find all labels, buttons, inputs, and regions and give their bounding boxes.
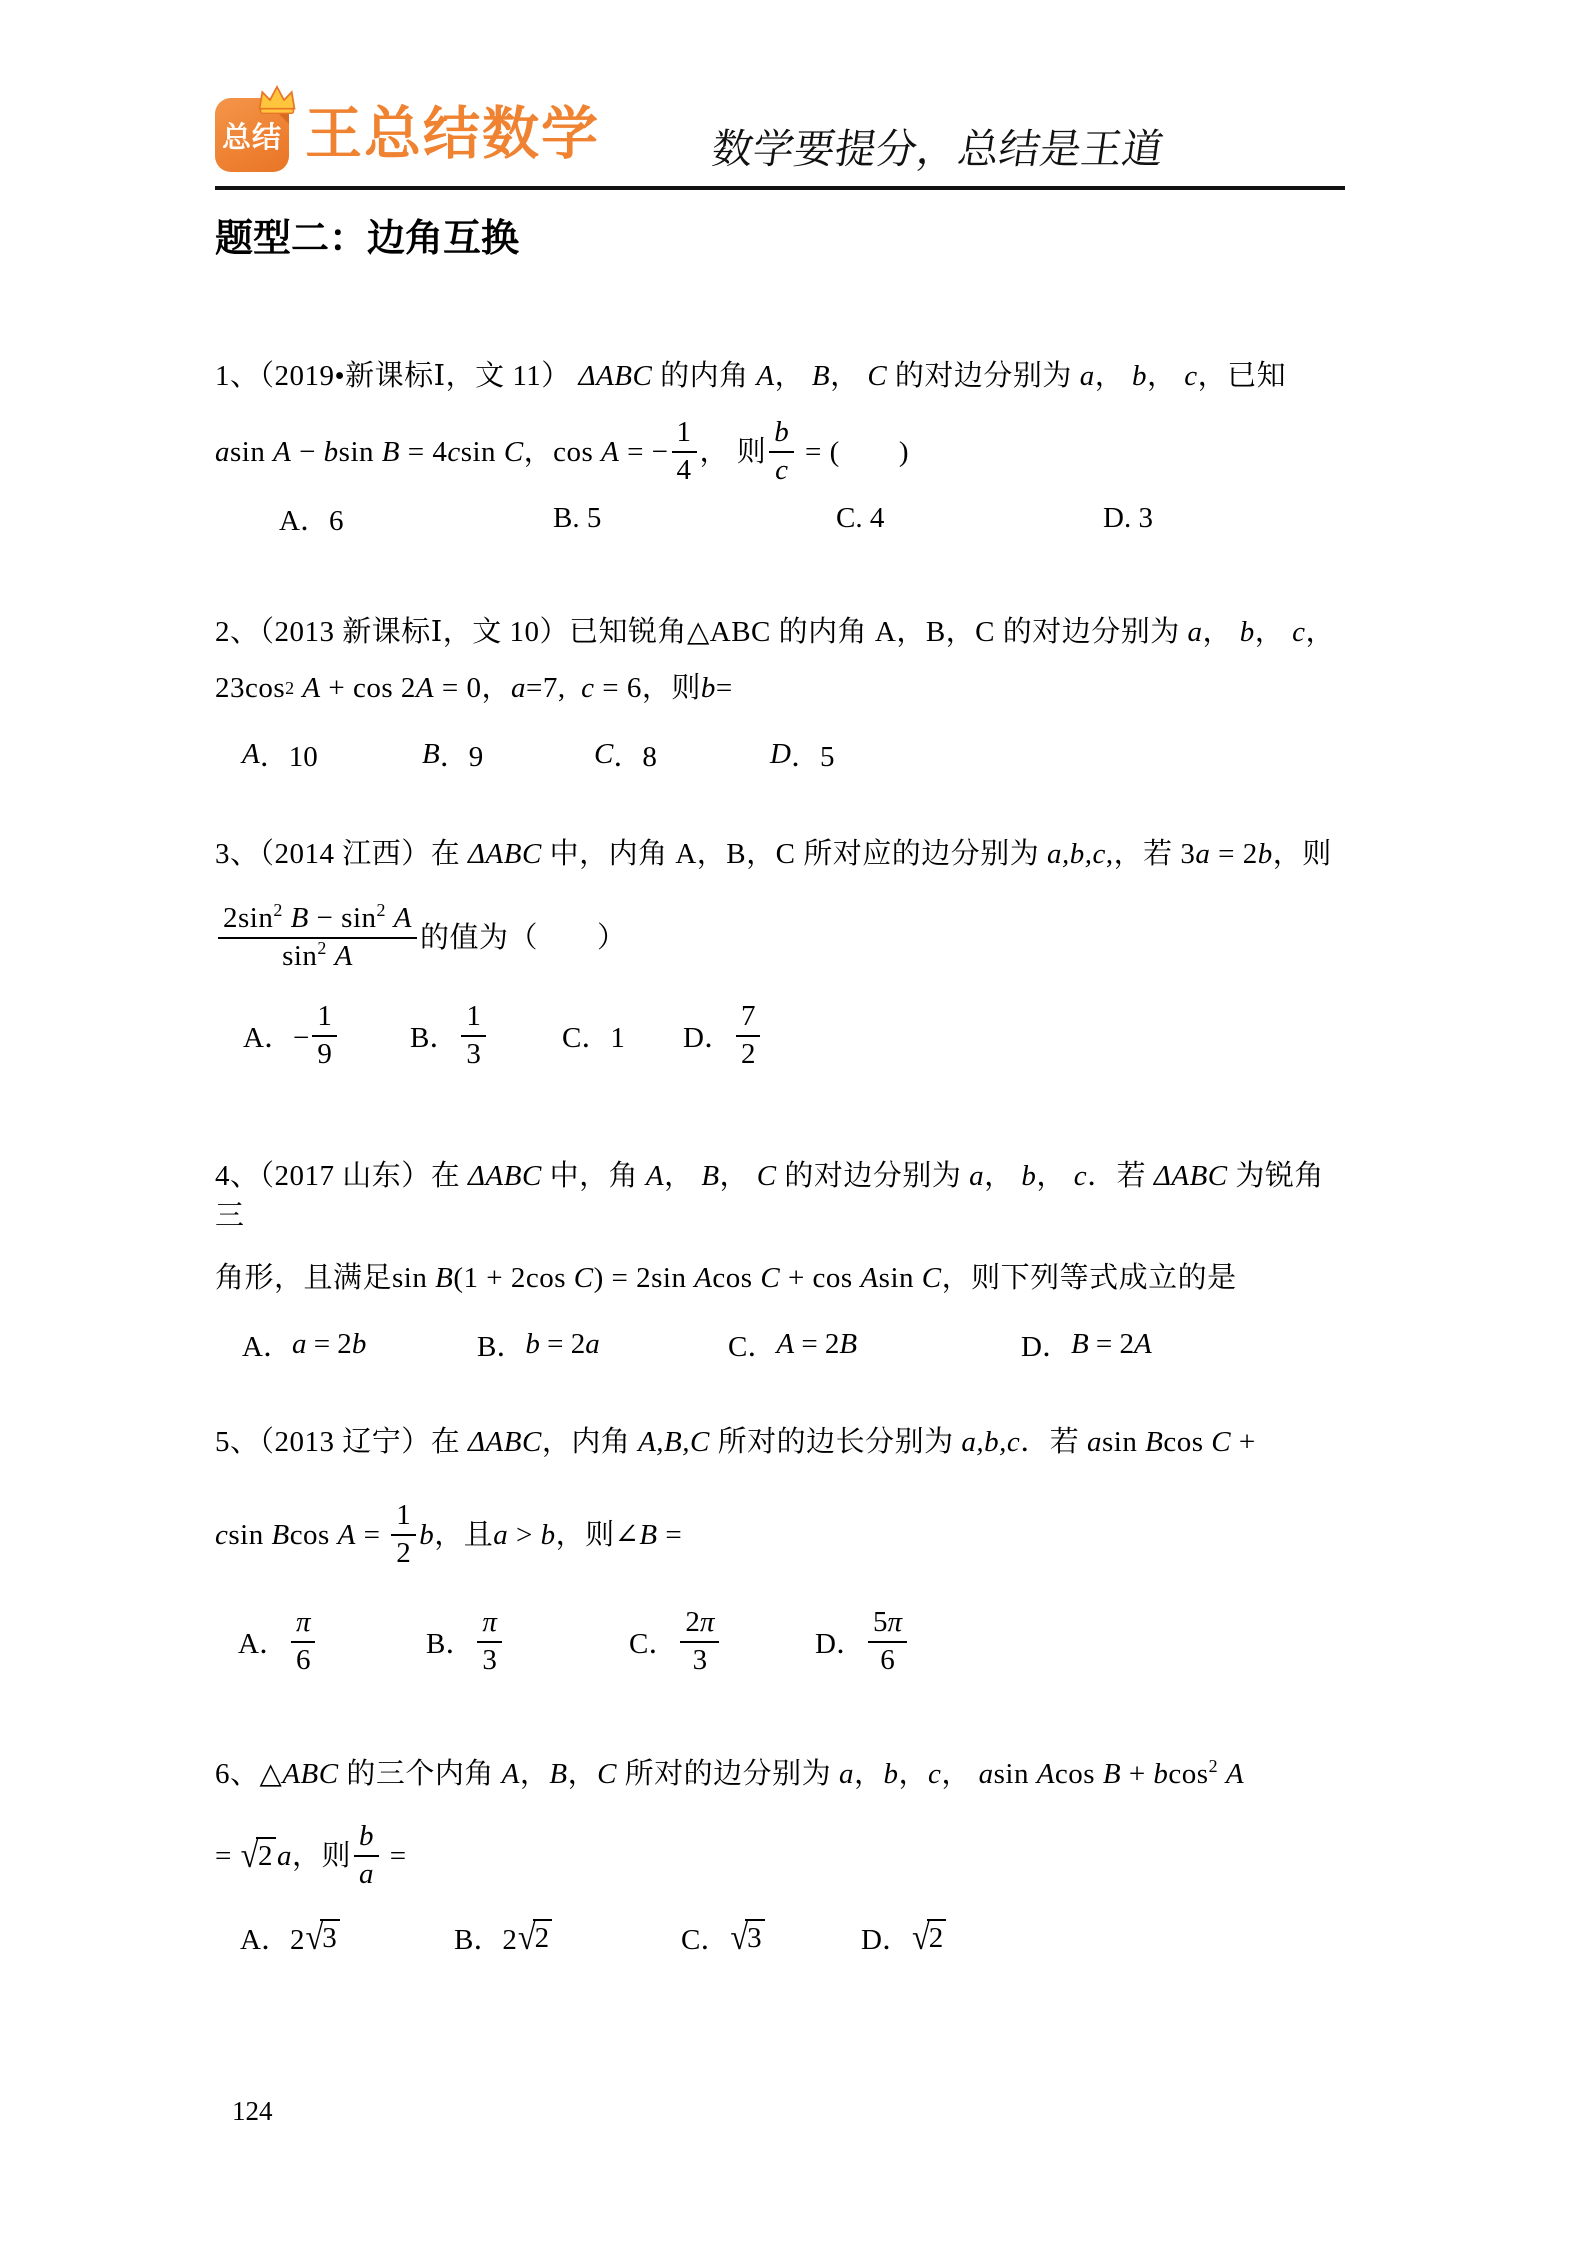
question-4: 4、（2017 山东）在 ΔABC 中，角 A， B， C 的对边分别为 a， … bbox=[215, 1156, 1345, 1366]
q6-line-1: 6、△ABC 的三个内角 A，B，C 所对的边分别为 a，b，c， asin A… bbox=[215, 1754, 1345, 1794]
q2-options: A．10 B．9 C．8 D．5 bbox=[215, 734, 1345, 776]
radical: √2 bbox=[518, 1919, 552, 1956]
text-run: ΔABC bbox=[579, 360, 653, 392]
text-run: 的三个内角 bbox=[339, 1758, 502, 1790]
text-run: B bbox=[839, 1328, 857, 1361]
text-run bbox=[1218, 1758, 1226, 1790]
text-run: sin bbox=[461, 432, 504, 472]
text-run: = 6 bbox=[594, 668, 641, 708]
brand-name: 王总结数学 bbox=[305, 106, 600, 165]
text-run: = bbox=[382, 1836, 407, 1876]
text-run: b bbox=[1132, 360, 1147, 392]
text-run: a bbox=[493, 1515, 508, 1555]
text-run: ， bbox=[1203, 616, 1240, 648]
text-run: C. 4 bbox=[836, 502, 884, 535]
text-run: C． bbox=[728, 1324, 776, 1365]
text-run: B bbox=[1071, 1328, 1089, 1361]
text-run: = 4 bbox=[400, 432, 447, 472]
text-run: b bbox=[1153, 1758, 1168, 1790]
text-run: 9 bbox=[317, 1038, 332, 1070]
question-2: 2、（2013 新课标Ⅰ，文 10）已知锐角△ABC 的内角 A，B，C 的对边… bbox=[215, 612, 1345, 776]
fraction: 13 bbox=[461, 1000, 486, 1071]
text-run: ∠ bbox=[615, 1515, 640, 1555]
fraction: ba bbox=[354, 1820, 379, 1891]
q5-option-d: D．5π6 bbox=[815, 1592, 910, 1692]
text-run: 2 bbox=[929, 1922, 944, 1954]
text-run: ， bbox=[1036, 1160, 1073, 1192]
q5-line-1: 5、（2013 辽宁）在 ΔABC，内角 A,B,C 所对的边长分别为 a,b,… bbox=[215, 1422, 1345, 1462]
text-run: a bbox=[1087, 1426, 1102, 1458]
text-run: cos bbox=[1163, 1426, 1211, 1458]
fraction: 72 bbox=[736, 1000, 761, 1071]
text-run: b bbox=[1258, 838, 1273, 870]
text-run: ， bbox=[854, 1758, 884, 1790]
text-run: 3、（2014 江西）在 bbox=[215, 838, 468, 870]
radical: √2 bbox=[912, 1919, 946, 1956]
text-run: b bbox=[1240, 616, 1255, 648]
q6-option-a: A．2√3 bbox=[240, 1910, 341, 1966]
q5-option-b: B．π3 bbox=[426, 1592, 505, 1692]
text-run: a bbox=[839, 1758, 854, 1790]
text-run: c bbox=[1292, 616, 1305, 648]
q4-option-a: A．a = 2b bbox=[242, 1324, 366, 1366]
q1-option-c: C. 4 bbox=[836, 498, 884, 540]
text-run: c bbox=[447, 432, 460, 472]
text-run: b bbox=[883, 1758, 898, 1790]
q1-line-2: asin A − bsin B = 4csin C， cos A = −14， … bbox=[215, 408, 1345, 496]
text-run: 6 bbox=[296, 1644, 311, 1676]
text-run: ， bbox=[568, 1758, 598, 1790]
text-run: ) = 2sin bbox=[594, 1258, 695, 1298]
text-run: b bbox=[352, 1328, 367, 1361]
text-run: c bbox=[928, 1758, 941, 1790]
question-1: 1、（2019•新课标Ⅰ，文 11） ΔABC 的内角 A， B， C 的对边分… bbox=[215, 356, 1345, 540]
q2-line-2: 23cos2 A + cos 2A = 0， a=7, c = 6，则 b= bbox=[215, 664, 1345, 712]
q2-option-b: B．9 bbox=[422, 734, 483, 776]
superscript: 2 bbox=[273, 900, 282, 920]
text-run: 23cos bbox=[215, 668, 285, 708]
text-run: sin bbox=[994, 1758, 1037, 1790]
text-run: D. 3 bbox=[1103, 502, 1153, 535]
fraction: 5π6 bbox=[868, 1606, 907, 1677]
text-run: ，则 bbox=[292, 1836, 351, 1876]
text-run: C bbox=[757, 1160, 777, 1192]
text-run: a bbox=[359, 1858, 374, 1890]
text-run: C bbox=[597, 1758, 617, 1790]
text-run: sin bbox=[282, 940, 317, 972]
text-run: ．10 bbox=[260, 734, 318, 775]
text-run: 的值为（ ） bbox=[420, 918, 627, 958]
text-run: = − bbox=[619, 432, 668, 472]
fraction: 2π3 bbox=[680, 1606, 719, 1677]
text-run: D． bbox=[683, 1015, 733, 1056]
text-run: b bbox=[525, 1328, 540, 1361]
text-run: = bbox=[716, 668, 733, 708]
text-run: A． bbox=[238, 1621, 288, 1662]
text-run: ，则下列等式成立的是 bbox=[942, 1258, 1237, 1298]
text-run: 4、（2017 山东）在 bbox=[215, 1160, 468, 1192]
text-run: 所对的边长分别为 bbox=[710, 1426, 962, 1458]
text-run: A bbox=[302, 668, 320, 708]
text-run: (1 + 2cos bbox=[453, 1258, 573, 1298]
text-run: A．6 bbox=[279, 498, 343, 539]
text-run: ．9 bbox=[440, 734, 484, 775]
text-run: = 2 bbox=[306, 1328, 351, 1361]
text-run: =7, bbox=[526, 668, 581, 708]
text-run: ，内角 bbox=[542, 1426, 638, 1458]
q4-line-2: 角形，且满足 sin B(1 + 2cos C) = 2sin Acos C +… bbox=[215, 1256, 1345, 1300]
text-run: π bbox=[700, 1606, 715, 1638]
superscript: 2 bbox=[1209, 1756, 1218, 1776]
fraction: 14 bbox=[672, 416, 697, 487]
brand-tagline: 数学要提分，总结是王道 bbox=[597, 129, 1348, 172]
q1-options: A．6 B. 5 C. 4 D. 3 bbox=[215, 498, 1345, 540]
text-run: π bbox=[887, 1606, 902, 1638]
text-run: 5、（2013 辽宁）在 bbox=[215, 1426, 468, 1458]
text-run: 6、△ bbox=[215, 1758, 282, 1790]
text-run: A bbox=[1226, 1758, 1244, 1790]
q5-options: A．π6 B．π3 C．2π3 D．5π6 bbox=[215, 1592, 1345, 1692]
text-run: = 2 bbox=[794, 1328, 839, 1361]
text-run: C bbox=[1211, 1426, 1231, 1458]
text-run: 角形，且满足 bbox=[215, 1258, 392, 1298]
text-run: B bbox=[812, 360, 830, 392]
text-run: ΔABC bbox=[468, 1426, 542, 1458]
text-run: A bbox=[394, 902, 412, 934]
text-run: − bbox=[291, 432, 323, 472]
text-run: π bbox=[296, 1606, 311, 1638]
text-run: sin bbox=[392, 1258, 435, 1298]
q3-options: A．−19 B．13 C．1 D．72 bbox=[215, 990, 1345, 1082]
q6-option-b: B．2√2 bbox=[454, 1910, 553, 1966]
text-run: B．2 bbox=[454, 1917, 517, 1958]
text-run: b bbox=[359, 1820, 374, 1852]
text-run: 2 bbox=[258, 1840, 273, 1872]
text-run: a bbox=[1195, 838, 1210, 870]
text-run: 1 bbox=[396, 1499, 411, 1531]
text-run: > bbox=[508, 1515, 540, 1555]
text-run: b bbox=[324, 432, 339, 472]
text-run: b bbox=[774, 416, 789, 448]
text-run: 2 bbox=[685, 1606, 700, 1638]
text-run: c bbox=[581, 668, 594, 708]
page-number: 124 bbox=[232, 2096, 273, 2127]
text-run: ，已知 bbox=[1198, 360, 1287, 392]
text-run: π bbox=[482, 1606, 497, 1638]
text-run: ， 则 bbox=[700, 432, 767, 472]
text-run: a,b,c bbox=[961, 1426, 1020, 1458]
text-run: A bbox=[416, 668, 434, 708]
text-run: sin bbox=[228, 1515, 271, 1555]
text-run: C． bbox=[629, 1621, 677, 1662]
fraction: 12 bbox=[391, 1499, 416, 1570]
fraction: 19 bbox=[312, 1000, 337, 1071]
text-run: = ( bbox=[797, 432, 840, 472]
text-run: C．1 bbox=[562, 1015, 625, 1056]
text-run: A bbox=[860, 1258, 878, 1298]
logo-badge-text: 总结 bbox=[222, 115, 282, 156]
text-run: C bbox=[760, 1258, 780, 1298]
text-run: 4 bbox=[677, 454, 692, 486]
text-run: a bbox=[215, 432, 230, 472]
text-run: B bbox=[701, 1160, 719, 1192]
q5-option-a: A．π6 bbox=[238, 1592, 318, 1692]
page-header: 总结 王总结数学 数学要提分，总结是王道 bbox=[215, 0, 1345, 172]
text-run: ， bbox=[830, 360, 867, 392]
text-run: = bbox=[356, 1515, 388, 1555]
text-run: A bbox=[502, 1758, 520, 1790]
text-run: ．若 bbox=[1020, 1426, 1087, 1458]
text-run: 3 bbox=[693, 1644, 708, 1676]
text-run: 1 bbox=[317, 1000, 332, 1032]
text-run: A bbox=[694, 1258, 712, 1298]
text-run: C． bbox=[681, 1917, 729, 1958]
text-run: = 2 bbox=[1210, 838, 1257, 870]
text-run: A bbox=[273, 432, 291, 472]
text-run: a bbox=[979, 1758, 994, 1790]
text-run: A．− bbox=[243, 1015, 309, 1056]
text-run: B. 5 bbox=[553, 502, 601, 535]
text-run: ．8 bbox=[613, 734, 657, 775]
q1-line-1: 1、（2019•新课标Ⅰ，文 11） ΔABC 的内角 A， B， C 的对边分… bbox=[215, 356, 1345, 396]
text-run: 3 bbox=[747, 1922, 762, 1954]
text-run: 6 bbox=[880, 1644, 895, 1676]
text-run bbox=[840, 432, 899, 472]
text-run: 2sin bbox=[223, 902, 273, 934]
text-run: cos bbox=[1168, 1758, 1208, 1790]
text-run: ) bbox=[899, 432, 909, 472]
text-run: B． bbox=[477, 1324, 525, 1365]
text-run: ．5 bbox=[791, 734, 835, 775]
q2-line-1: 2、（2013 新课标Ⅰ，文 10）已知锐角△ABC 的内角 A，B，C 的对边… bbox=[215, 612, 1345, 652]
brand-logo: 总结 王总结数学 bbox=[215, 98, 600, 172]
text-run: ， bbox=[1255, 616, 1292, 648]
text-run: a bbox=[1188, 616, 1203, 648]
text-run: C bbox=[594, 738, 613, 771]
q3-option-b: B．13 bbox=[410, 990, 489, 1082]
q4-option-b: B．b = 2a bbox=[477, 1324, 600, 1366]
text-run: b bbox=[1021, 1160, 1036, 1192]
radical: √3 bbox=[305, 1919, 339, 1956]
worksheet-page: 总结 王总结数学 数学要提分，总结是王道 题型二：边角互换 1、（2019•新课… bbox=[0, 0, 1587, 1966]
text-run: A bbox=[338, 1515, 356, 1555]
text-run: b bbox=[701, 668, 716, 708]
text-run: 5 bbox=[873, 1606, 888, 1638]
text-run: A bbox=[776, 1328, 794, 1361]
fraction: π6 bbox=[291, 1606, 316, 1677]
text-run: 的对边分别为 bbox=[887, 360, 1080, 392]
text-run: B． bbox=[410, 1015, 458, 1056]
text-run bbox=[327, 940, 335, 972]
text-run: sin bbox=[339, 432, 382, 472]
text-run: c bbox=[775, 454, 788, 486]
text-run: ΔABC bbox=[1154, 1160, 1228, 1192]
question-3: 3、（2014 江西）在 ΔABC 中，内角 A，B，C 所对应的边分别为 a,… bbox=[215, 834, 1345, 1082]
q2-option-d: D．5 bbox=[770, 734, 834, 776]
text-run: A． bbox=[242, 1324, 292, 1365]
text-run: + cos bbox=[780, 1258, 860, 1298]
superscript: 2 bbox=[377, 900, 386, 920]
text-run: C bbox=[504, 432, 524, 472]
text-run: ，则 bbox=[642, 668, 701, 708]
q1-option-a: A．6 bbox=[279, 498, 343, 540]
text-run: A bbox=[242, 738, 260, 771]
text-run: a,b,c bbox=[1047, 838, 1106, 870]
text-run: c bbox=[1074, 1160, 1087, 1192]
text-run: cos bbox=[290, 1515, 338, 1555]
q3-option-d: D．72 bbox=[683, 990, 763, 1082]
q6-options: A．2√3 B．2√2 C．√3 D．√2 bbox=[215, 1910, 1345, 1966]
text-run: ΔABC bbox=[468, 1160, 542, 1192]
text-run: 1 bbox=[677, 416, 692, 448]
text-run: B bbox=[271, 1515, 289, 1555]
text-run: cos bbox=[712, 1258, 760, 1298]
text-run: B bbox=[639, 1515, 657, 1555]
text-run: B bbox=[382, 432, 400, 472]
crown-icon bbox=[256, 83, 298, 117]
text-run: C bbox=[922, 1258, 942, 1298]
text-run: 的对边分别为 bbox=[777, 1160, 970, 1192]
text-run: ， bbox=[775, 360, 812, 392]
text-run: D． bbox=[861, 1917, 911, 1958]
text-run: 2 bbox=[535, 1922, 550, 1954]
page-title: 题型二：边角互换 bbox=[215, 216, 1345, 264]
text-run: 中，内角 A，B，C 所对应的边分别为 bbox=[542, 838, 1047, 870]
text-run: 1、（2019•新课标Ⅰ，文 11） bbox=[215, 360, 579, 392]
text-run: a bbox=[585, 1328, 600, 1361]
text-run: ABC bbox=[282, 1758, 338, 1790]
text-run: ， bbox=[1147, 360, 1184, 392]
text-run: b bbox=[541, 1515, 556, 1555]
text-run: a bbox=[969, 1160, 984, 1192]
text-run: A bbox=[646, 1160, 664, 1192]
text-run: A bbox=[1134, 1328, 1152, 1361]
text-run: = bbox=[215, 1836, 240, 1876]
text-run: − sin bbox=[309, 902, 377, 934]
text-run: A bbox=[335, 940, 353, 972]
text-run: A bbox=[756, 360, 774, 392]
text-run: b bbox=[419, 1515, 434, 1555]
text-run: B bbox=[549, 1758, 567, 1790]
q4-options: A．a = 2b B．b = 2a C．A = 2B D．B = 2A bbox=[215, 1324, 1345, 1366]
text-run: 3 bbox=[322, 1922, 337, 1954]
text-run: ， bbox=[524, 432, 554, 472]
text-run: 2 bbox=[741, 1038, 756, 1070]
text-run: + cos 2 bbox=[321, 668, 416, 708]
text-run: ， bbox=[941, 1758, 978, 1790]
text-run: 的内角 bbox=[652, 360, 756, 392]
question-5: 5、（2013 辽宁）在 ΔABC，内角 A,B,C 所对的边长分别为 a,b,… bbox=[215, 1422, 1345, 1692]
text-run: cos bbox=[1055, 1758, 1103, 1790]
text-run: C bbox=[574, 1258, 594, 1298]
q4-option-c: C．A = 2B bbox=[728, 1324, 857, 1366]
q2-option-a: A．10 bbox=[242, 734, 318, 776]
text-run: ΔABC bbox=[468, 838, 542, 870]
text-run: = bbox=[658, 1515, 683, 1555]
radical: √3 bbox=[730, 1919, 764, 1956]
text-run: B bbox=[1103, 1758, 1121, 1790]
text-run: 所对的边分别为 bbox=[617, 1758, 839, 1790]
text-run: ， bbox=[984, 1160, 1021, 1192]
text-run: 1 bbox=[466, 1000, 481, 1032]
text-run: c bbox=[215, 1515, 228, 1555]
text-run bbox=[283, 902, 291, 934]
header-divider bbox=[215, 186, 1345, 190]
text-run: C bbox=[867, 360, 887, 392]
text-run: ， bbox=[481, 668, 511, 708]
fraction: 2sin2 B − sin2 Asin2 A bbox=[218, 902, 417, 973]
q6-option-c: C．√3 bbox=[681, 1910, 766, 1966]
text-run: B bbox=[291, 902, 309, 934]
text-run: D． bbox=[1021, 1324, 1071, 1365]
text-run: 中，角 bbox=[542, 1160, 646, 1192]
q4-option-d: D．B = 2A bbox=[1021, 1324, 1152, 1366]
fraction: π3 bbox=[477, 1606, 502, 1677]
q5-line-2: csin Bcos A = 12b，且 a > b，则 ∠B = bbox=[215, 1486, 1345, 1584]
text-run: c bbox=[1184, 360, 1197, 392]
text-run: sin bbox=[1102, 1426, 1145, 1458]
text-run: a bbox=[292, 1328, 307, 1361]
question-6: 6、△ABC 的三个内角 A，B，C 所对的边分别为 a，b，c， asin A… bbox=[215, 1754, 1345, 1966]
q1-option-b: B. 5 bbox=[553, 498, 601, 540]
text-run: 2 bbox=[396, 1537, 411, 1569]
text-run: B． bbox=[426, 1621, 474, 1662]
text-run: ,，若 bbox=[1106, 838, 1181, 870]
text-run: ，则 bbox=[556, 1515, 615, 1555]
text-run: = 2 bbox=[540, 1328, 585, 1361]
q5-option-c: C．2π3 bbox=[629, 1592, 722, 1692]
text-run: A bbox=[601, 432, 619, 472]
q2-option-c: C．8 bbox=[594, 734, 657, 776]
q6-option-d: D．√2 bbox=[861, 1910, 947, 1966]
text-run: ．若 bbox=[1087, 1160, 1154, 1192]
text-run: + bbox=[1231, 1426, 1256, 1458]
text-run: sin bbox=[230, 432, 273, 472]
text-run: ， bbox=[1095, 360, 1132, 392]
text-run: a bbox=[277, 1836, 292, 1876]
text-run: A,B,C bbox=[638, 1426, 710, 1458]
text-run: sin bbox=[879, 1258, 922, 1298]
text-run: D bbox=[770, 738, 791, 771]
text-run: ， bbox=[520, 1758, 550, 1790]
text-run: ， bbox=[664, 1160, 701, 1192]
q1-option-d: D. 3 bbox=[1103, 498, 1153, 540]
text-run: A．2 bbox=[240, 1917, 304, 1958]
text-run: 2、（2013 新课标Ⅰ，文 10）已知锐角△ABC 的内角 A，B，C 的对边… bbox=[215, 616, 1188, 648]
text-run: A bbox=[1037, 1758, 1055, 1790]
q6-line-2: = √2a，则 ba = bbox=[215, 1810, 1345, 1902]
q3-option-c: C．1 bbox=[562, 990, 625, 1082]
text-run: B bbox=[1145, 1426, 1163, 1458]
text-run: 3 bbox=[1180, 838, 1195, 870]
text-run: a bbox=[511, 668, 526, 708]
text-run: ，则 bbox=[1273, 838, 1332, 870]
text-run: + bbox=[1121, 1758, 1153, 1790]
text-run: cos bbox=[553, 432, 601, 472]
radical: √2 bbox=[241, 1837, 276, 1874]
text-run: 3 bbox=[466, 1038, 481, 1070]
text-run: a bbox=[1080, 360, 1095, 392]
text-run: D． bbox=[815, 1621, 865, 1662]
text-run: 7 bbox=[741, 1000, 756, 1032]
text-run bbox=[386, 902, 394, 934]
text-run: = 0 bbox=[434, 668, 481, 708]
text-run: ，且 bbox=[434, 1515, 493, 1555]
fraction: bc bbox=[769, 416, 794, 487]
q3-line-2: 2sin2 B − sin2 Asin2 A的值为（ ） bbox=[215, 892, 1345, 984]
text-run: ， bbox=[720, 1160, 757, 1192]
q3-line-1: 3、（2014 江西）在 ΔABC 中，内角 A，B，C 所对应的边分别为 a,… bbox=[215, 834, 1345, 874]
